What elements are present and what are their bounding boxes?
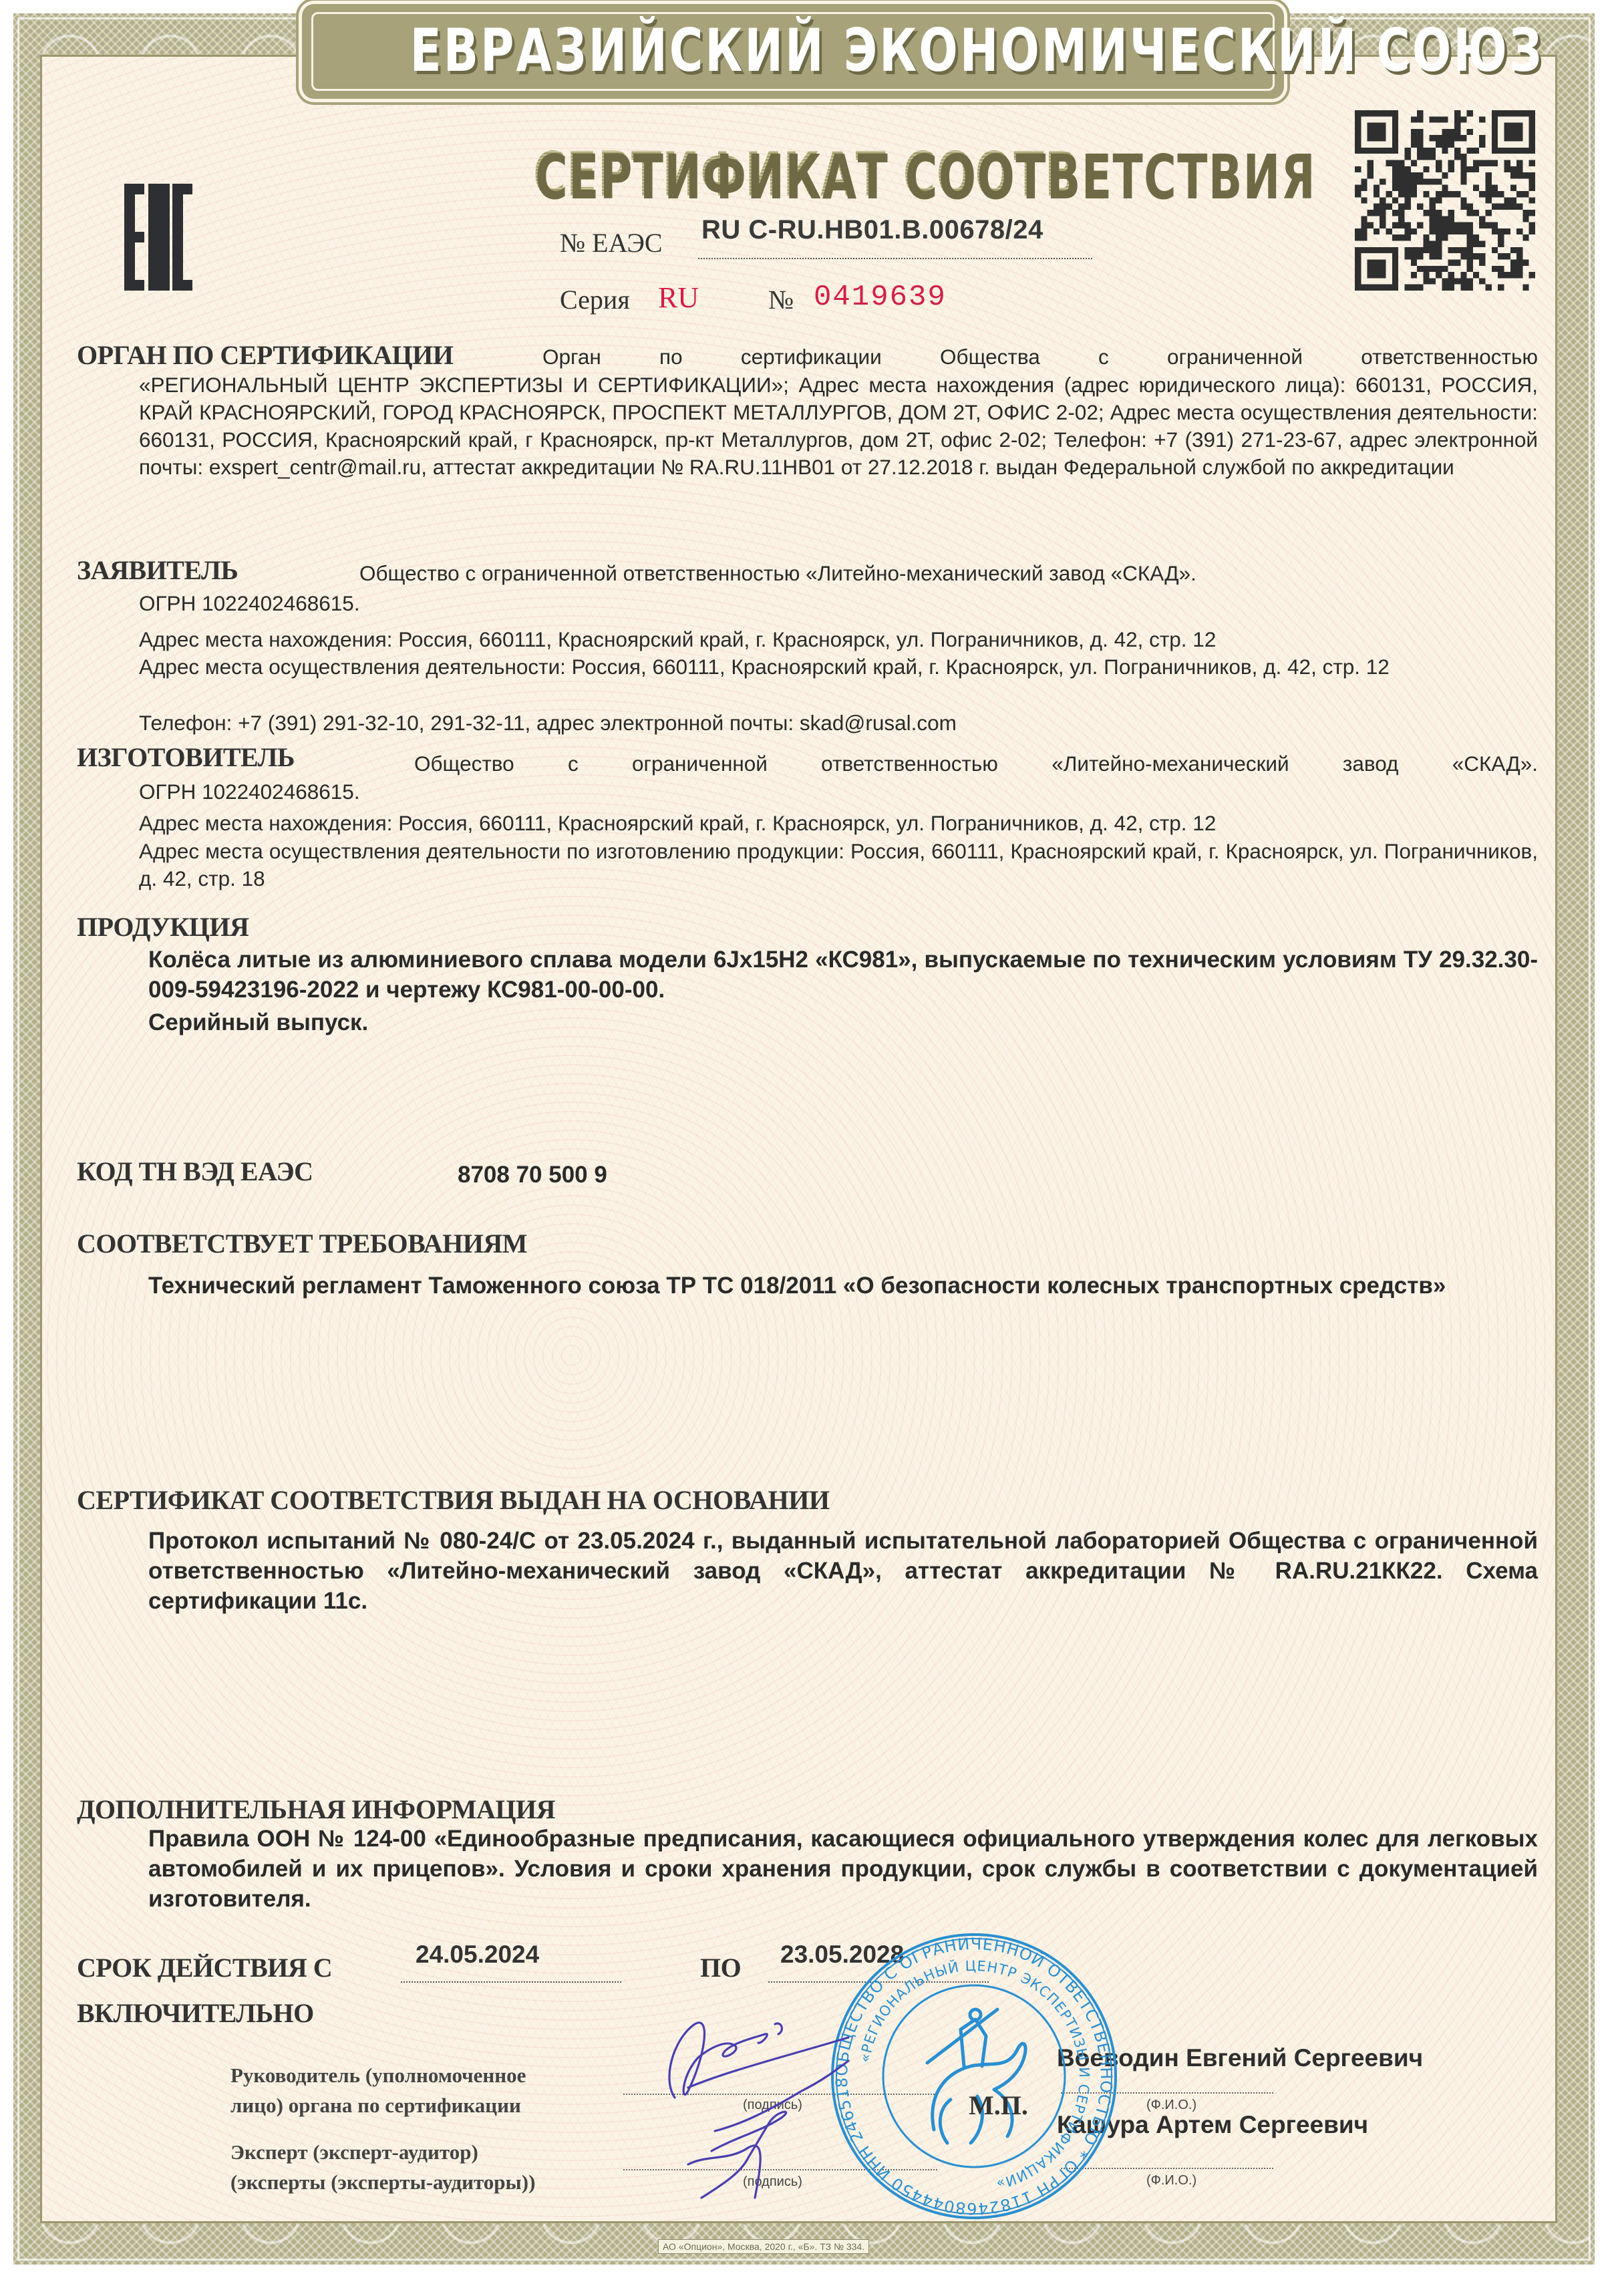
head-signature-caption: (подпись)	[743, 2098, 802, 2113]
validity-to-underline	[768, 1981, 989, 1983]
certification-body-details: «РЕГИОНАЛЬНЫЙ ЦЕНТР ЭКСПЕРТИЗЫ И СЕРТИФИ…	[139, 371, 1538, 481]
certification-body-first-line: Орган по сертификации Общества с огранич…	[542, 343, 1538, 371]
document-title: СЕРТИФИКАТ СООТВЕТСТВИЯ	[533, 139, 1077, 210]
basis-text: Протокол испытаний № 080-24/С от 23.05.2…	[148, 1526, 1538, 1616]
hs-code-heading: КОД ТН ВЭД ЕАЭС	[77, 1156, 313, 1187]
validity-from-date: 24.05.2024	[416, 1941, 539, 1969]
expert-role-line-2: (эксперты (эксперты-аудиторы))	[230, 2168, 535, 2197]
applicant-ogrn: ОГРН 1022402468615.	[139, 590, 1538, 617]
manufacturer-name: Общество с ограниченной ответственностью…	[414, 750, 1538, 778]
certification-body-heading: ОРГАН ПО СЕРТИФИКАЦИИ	[77, 339, 453, 371]
eac-letter-c	[172, 184, 192, 291]
applicant-legal-address: Адрес места нахождения: Россия, 660111, …	[139, 626, 1538, 653]
stamp-place-mark: М.П.	[969, 2090, 1028, 2121]
product-description: Колёса литые из алюминиевого сплава моде…	[148, 945, 1538, 1005]
qr-code-icon[interactable]	[1355, 110, 1535, 291]
expert-role-line-1: Эксперт (эксперт-аудитор)	[230, 2138, 478, 2167]
series-label: Серия	[560, 284, 630, 315]
expert-name-caption: (Ф.И.О.)	[1146, 2173, 1196, 2188]
head-full-name: Воеводин Евгений Сергеевич	[1057, 2044, 1423, 2072]
validity-to-label: ПО	[700, 1952, 741, 1983]
requirements-heading: СООТВЕТСТВУЕТ ТРЕБОВАНИЯМ	[77, 1228, 527, 1259]
union-title: ЕВРАЗИЙСКИЙ ЭКОНОМИЧЕСКИЙ СОЮЗ	[410, 16, 1176, 85]
expert-signature-line	[623, 2169, 937, 2170]
requirements-text: Технический регламент Таможенного союза …	[148, 1271, 1538, 1301]
validity-to-date: 23.05.2028	[780, 1941, 904, 1969]
additional-info-text: Правила ООН № 124-00 «Единообразные пред…	[148, 1824, 1538, 1914]
applicant-contacts: Телефон: +7 (391) 291-32-10, 291-32-11, …	[139, 709, 1538, 737]
manufacturer-legal-address: Адрес места нахождения: Россия, 660111, …	[139, 810, 1538, 837]
manufacturer-heading: ИЗГОТОВИТЕЛЬ	[77, 742, 295, 773]
certificate-number-underline	[698, 258, 1092, 259]
head-role-line-1: Руководитель (уполномоченное	[230, 2061, 526, 2090]
validity-from-underline	[401, 1981, 621, 1983]
expert-name-line	[1061, 2168, 1273, 2169]
additional-info-heading: ДОПОЛНИТЕЛЬНАЯ ИНФОРМАЦИЯ	[77, 1794, 555, 1825]
expert-signature-caption: (подпись)	[743, 2174, 802, 2190]
hs-code-value: 8708 70 500 9	[458, 1160, 792, 1190]
manufacturer-ogrn: ОГРН 1022402468615.	[139, 778, 1538, 806]
eac-letter-a	[148, 184, 170, 291]
product-heading: ПРОДУКЦИЯ	[77, 911, 249, 943]
certificate-number: RU C-RU.НВ01.В.00678/24	[701, 215, 1043, 245]
head-role-line-2: лицо) органа по сертификации	[230, 2091, 521, 2120]
header-band: ЕВРАЗИЙСКИЙ ЭКОНОМИЧЕСКИЙ СОЮЗ	[302, 4, 1284, 99]
eac-letter-e	[124, 184, 144, 291]
head-name-line	[1061, 2092, 1273, 2094]
validity-from-label: СРОК ДЕЙСТВИЯ С	[77, 1952, 332, 1983]
eac-logo-icon	[124, 184, 192, 291]
printer-imprint: АО «Опцион», Москва, 2020 г., «Б». ТЗ № …	[658, 2239, 869, 2254]
manufacturer-production-address: Адрес места осуществления деятельности п…	[139, 838, 1538, 892]
applicant-name: Общество с ограниченной ответственностью…	[359, 560, 1538, 587]
basis-heading: СЕРТИФИКАТ СООТВЕТСТВИЯ ВЫДАН НА ОСНОВАН…	[77, 1484, 829, 1516]
blank-number-label: №	[768, 284, 794, 315]
expert-full-name: Кашура Артем Сергеевич	[1057, 2111, 1368, 2139]
validity-inclusive-label: ВКЛЮЧИТЕЛЬНО	[77, 1997, 314, 2029]
applicant-activity-address: Адрес места осуществления деятельности: …	[139, 653, 1538, 681]
blank-serial-number: 0419639	[814, 281, 947, 314]
applicant-heading: ЗАЯВИТЕЛЬ	[77, 554, 238, 586]
series-value: RU	[658, 281, 699, 315]
product-release-type: Серийный выпуск.	[148, 1007, 1538, 1037]
eaes-number-label: № ЕАЭС	[560, 227, 663, 259]
head-signature-line	[623, 2094, 937, 2095]
